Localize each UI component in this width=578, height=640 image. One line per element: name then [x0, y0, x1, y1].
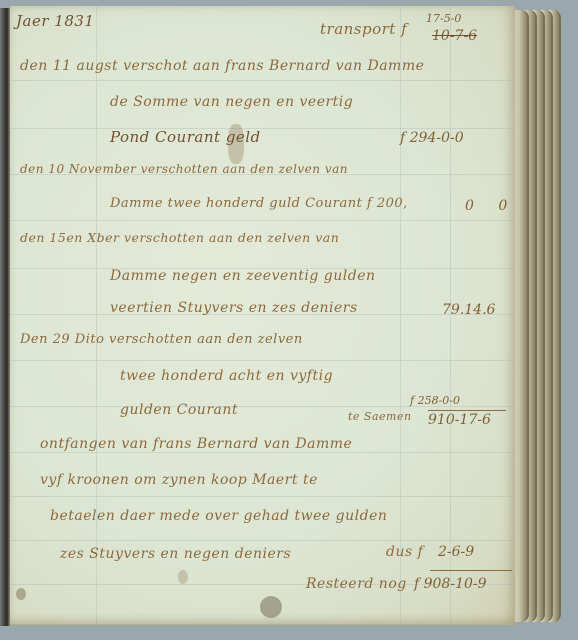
- ink-stain: [16, 588, 26, 600]
- receipt-line-2: vyf kroonen om zynen koop Maert te: [40, 472, 318, 488]
- entry-3-line-2: Damme negen en zeeventig gulden: [110, 268, 376, 284]
- entry-2-amount: 0 0: [465, 198, 507, 214]
- ink-stain: [178, 570, 188, 584]
- total-label: te Saemen: [348, 410, 412, 423]
- entry-2-line-2: Damme twee honderd guld Courant f 200,: [110, 196, 408, 211]
- entry-1-line-3: Pond Courant geld: [110, 128, 261, 146]
- entry-4-line-2: twee honderd acht en vyftig: [120, 368, 333, 384]
- carried-forward-label: transport f: [320, 20, 407, 38]
- entry-4-amount: f 258-0-0: [410, 394, 460, 407]
- entry-1-line-1: den 11 augst verschot aan frans Bernard …: [20, 58, 424, 74]
- entry-4-line-1: Den 29 Dito verschotten aan den zelven: [20, 332, 303, 347]
- entry-3-line-3: veertien Stuyvers en zes deniers: [110, 300, 358, 316]
- year-heading: Jaer 1831: [16, 12, 94, 30]
- entry-3-line-1: den 15en Xber verschotten aan den zelven…: [20, 230, 339, 245]
- entry-1-amount: f 294-0-0: [400, 130, 464, 146]
- balance-amount: f 908-10-9: [414, 576, 487, 592]
- ledger-page: Jaer 1831 transport f 17-5-0 10-7-6 den …: [10, 6, 515, 625]
- balance-label: Resteerd nog: [306, 576, 407, 592]
- entry-3-amount: 79.14.6: [442, 302, 495, 318]
- entry-1-line-2: de Somme van negen en veertig: [110, 94, 353, 110]
- carried-forward-corrected: 17-5-0: [426, 12, 461, 25]
- receipt-label: dus f: [386, 544, 423, 560]
- carried-forward-struck: 10-7-6: [432, 28, 477, 44]
- receipt-line-1: ontfangen van frans Bernard van Damme: [40, 436, 352, 452]
- entry-2-line-1: den 10 November verschotten aan den zelv…: [20, 162, 348, 176]
- total-amount: 910-17-6: [428, 412, 491, 428]
- ink-stain: [260, 596, 282, 618]
- receipt-line-4: zes Stuyvers en negen deniers: [60, 546, 291, 562]
- entry-4-line-3: gulden Courant: [120, 402, 238, 418]
- receipt-line-3: betaelen daer mede over gehad twee gulde…: [50, 508, 387, 524]
- receipt-amount: 2-6-9: [438, 544, 474, 560]
- book-binding: [0, 8, 10, 626]
